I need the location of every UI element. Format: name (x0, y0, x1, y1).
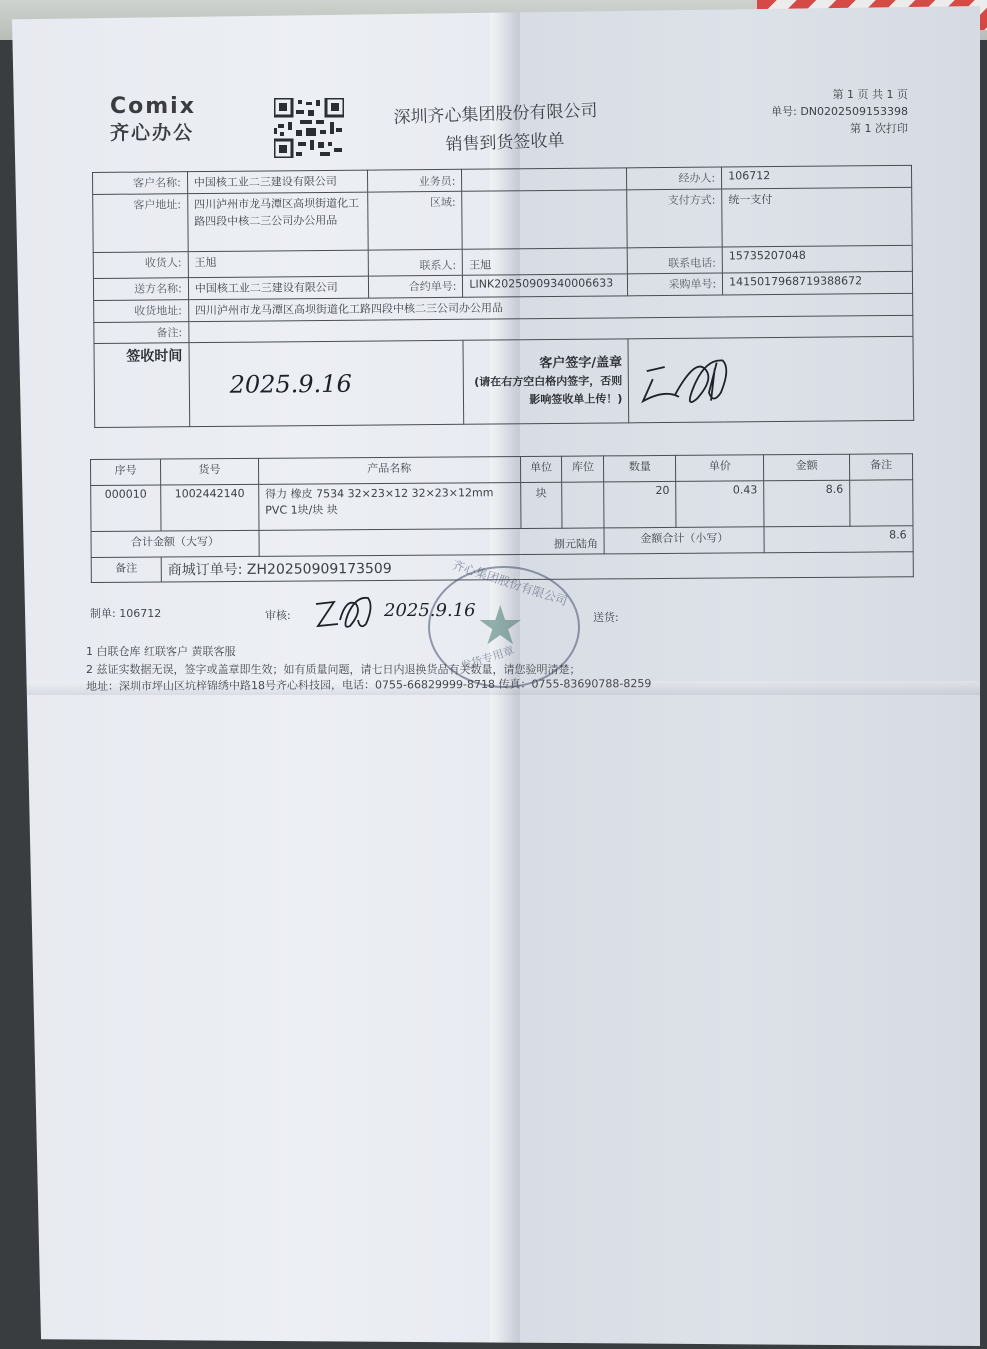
col-note: 备注 (850, 454, 913, 480)
phone-label: 联系电话: (628, 247, 723, 274)
terms-note: 2 兹证实数据无误，签字或盖章即生效；如有质量问题，请七日内退换货品有关数量，请… (86, 661, 581, 677)
items-remark-label: 备注 (91, 557, 161, 582)
col-unit: 单位 (520, 456, 562, 482)
delivery-address-label: 收货地址: (94, 300, 189, 323)
maker-value: 106712 (119, 607, 161, 620)
total-upper: 捌元陆角 (259, 528, 605, 556)
col-amount: 金额 (764, 454, 850, 481)
customer-info-table: 客户名称: 中国核工业二三建设有限公司 业务员: 经办人: 106712 客户地… (92, 165, 914, 428)
delivery-label: 送货: (593, 609, 619, 625)
customer-sign-label: 客户签字/盖章 (470, 354, 622, 373)
maker-label: 制单: (90, 607, 116, 620)
receiver: 王旭 (188, 250, 368, 278)
handler-label: 经办人: (627, 167, 722, 190)
copy-note: 1 白联仓库 红联客户 黄联客服 (86, 643, 236, 659)
remark-label: 备注: (94, 322, 189, 344)
total-lower: 8.6 (764, 526, 913, 553)
reviewer-signature-icon (310, 590, 380, 634)
col-name: 产品名称 (258, 456, 520, 484)
total-upper-label: 合计金额（大写） (91, 530, 259, 557)
salesperson (462, 168, 627, 191)
phone: 15735207048 (722, 245, 912, 273)
item-note (850, 480, 913, 526)
logo-chinese: 齐心办公 (110, 118, 194, 145)
document-title: 销售到货签收单 (445, 126, 565, 155)
total-lower-label: 金额合计（小写） (604, 527, 764, 554)
items-table: 序号 货号 产品名称 单位 库位 数量 单价 金额 备注 000010 1002… (90, 453, 914, 583)
table-row: 000010 1002442140 得力 橡皮 7534 32×23×12 32… (91, 480, 913, 532)
item-unit: 块 (520, 482, 562, 528)
sign-time-handwritten: 2025.9.16 (230, 369, 352, 398)
ship-to: 中国核工业二三建设有限公司 (188, 276, 368, 300)
page-info: 第 1 页 共 1 页 (760, 86, 908, 102)
sign-time-label: 签收时间 (94, 343, 189, 428)
item-location (562, 482, 604, 528)
region-label: 区域: (367, 191, 462, 250)
item-amount: 8.6 (764, 480, 850, 527)
contract-number: LINK20250909340006633 (463, 274, 628, 297)
receiver-label: 收货人: (93, 252, 188, 279)
qr-code-icon (274, 98, 344, 158)
col-qty: 数量 (604, 455, 676, 482)
col-price: 单价 (676, 455, 764, 482)
contact: 王旭 (463, 248, 628, 275)
reviewer-label: 审核: (265, 607, 291, 623)
customer-name-label: 客户名称: (93, 172, 188, 195)
purchase-label: 采购单号: (628, 273, 723, 296)
item-name: 得力 橡皮 7534 32×23×12 32×23×12mm PVC 1块/块 … (259, 482, 521, 530)
logo-english: Comix (110, 94, 196, 119)
order-number-label: 单号: (771, 105, 797, 118)
ship-to-label: 送方名称: (93, 278, 188, 301)
purchase-number: 1415017968719388672 (723, 271, 913, 295)
customer-address: 四川泸州市龙马潭区高坝街道化工路四段中核二三公司办公用品 (187, 192, 367, 252)
item-price: 0.43 (676, 481, 764, 528)
col-location: 库位 (562, 456, 604, 482)
handler: 106712 (722, 165, 912, 189)
region (462, 190, 627, 249)
customer-name: 中国核工业二三建设有限公司 (187, 170, 367, 194)
payment-label: 支付方式: (627, 189, 722, 248)
company-address: 地址：深圳市坪山区坑梓锦绣中路18号齐心科技园，电话：0755-66829999… (86, 675, 651, 694)
salesperson-label: 业务员: (367, 169, 462, 192)
customer-address-label: 客户地址: (93, 194, 188, 253)
item-qty: 20 (604, 481, 676, 528)
order-number: 单号: DN0202509153398 (740, 103, 908, 119)
contact-label: 联系人: (368, 249, 463, 276)
order-number-value: DN0202509153398 (800, 105, 908, 118)
col-sku: 货号 (160, 458, 258, 485)
print-count: 第 1 次打印 (760, 120, 908, 136)
col-seq: 序号 (91, 459, 161, 485)
item-sku: 1002442140 (161, 484, 259, 531)
item-seq: 000010 (91, 485, 161, 531)
customer-sign-hint: (请在右方空白格内签字，否则影响签收单上传！) (470, 372, 622, 409)
signature-icon (635, 348, 746, 409)
payment: 统一支付 (722, 187, 912, 247)
contract-label: 合约单号: (368, 275, 463, 298)
maker: 制单: 106712 (90, 605, 161, 621)
